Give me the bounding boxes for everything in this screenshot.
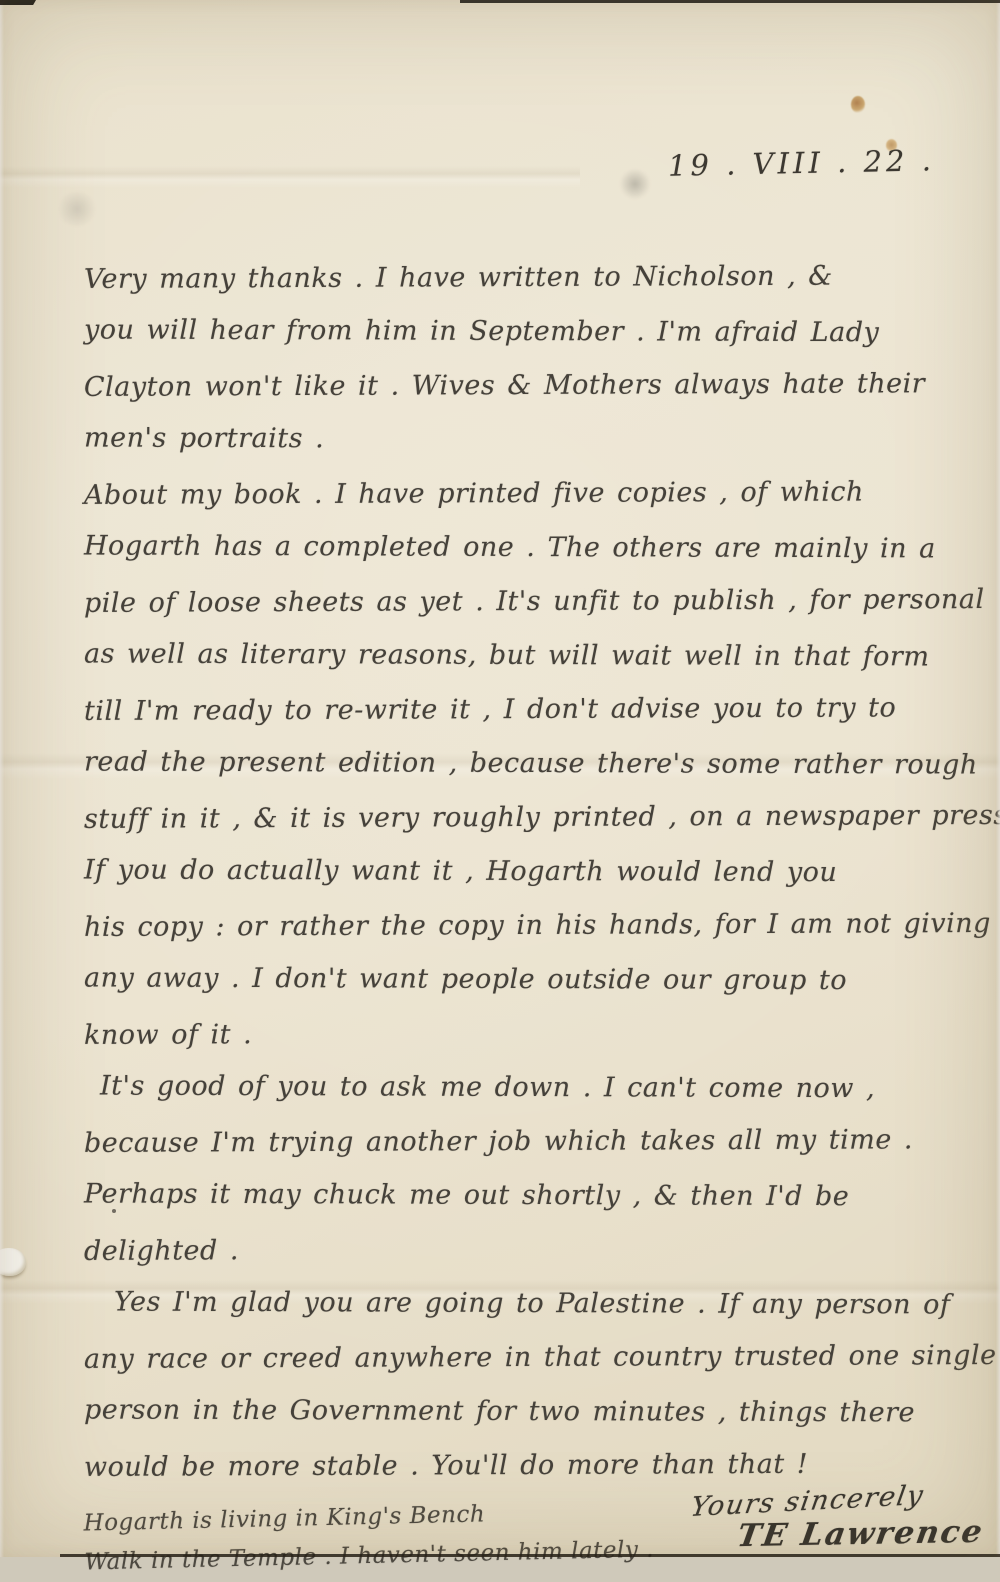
letter-line: Very many thanks . I have written to Nic… — [84, 260, 970, 318]
letter-line: till I'm ready to re-write it , I don't … — [84, 692, 970, 750]
letter-date: 19 . VIII . 22 . — [668, 143, 936, 183]
scan-edge-left — [0, 0, 4, 1557]
letter-line: delighted . — [84, 1232, 970, 1290]
fox-spot-stain — [851, 96, 865, 113]
letter-line: as well as literary reasons, but will wa… — [84, 638, 970, 695]
letter-line: any race or creed anywhere in that count… — [84, 1340, 970, 1398]
letter-line: pile of loose sheets as yet . It's unfit… — [84, 584, 970, 642]
letter-line: Hogarth has a completed one . The others… — [84, 530, 970, 587]
scan-edge-top-corner — [0, 0, 36, 5]
scan-edge-right — [996, 0, 1000, 1557]
letter-line: About my book . I have printed five copi… — [84, 476, 970, 534]
letter-line: his copy : or rather the copy in his han… — [84, 908, 970, 966]
letter-line: read the present edition , because there… — [84, 746, 970, 803]
signature-scrawl: TE Lawrence — [735, 1514, 987, 1554]
letter-line: Yes I'm glad you are going to Palestine … — [84, 1286, 970, 1343]
fold-crease — [0, 166, 580, 188]
letter-line: stuff in it , & it is very roughly print… — [84, 800, 970, 858]
letter-line: Clayton won't like it . Wives & Mothers … — [84, 368, 970, 426]
letter-line: person in the Government for two minutes… — [84, 1394, 970, 1451]
letter-line: because I'm trying another job which tak… — [84, 1124, 970, 1182]
letter-line: you will hear from him in September . I'… — [84, 314, 970, 371]
letter-line: men's portraits . — [84, 422, 970, 479]
letter-line: It's good of you to ask me down . I can'… — [84, 1070, 970, 1127]
paper-smudge — [620, 168, 650, 200]
letter-line: any away . I don't want people outside o… — [84, 962, 970, 1019]
letter-line: If you do actually want it , Hogarth wou… — [84, 854, 970, 911]
paper-smudge — [56, 192, 98, 226]
scan-edge-top — [460, 0, 1000, 3]
letter-page: 19 . VIII . 22 . Very many thanks . I ha… — [0, 0, 1000, 1557]
letter-line: Perhaps it may chuck me out shortly , & … — [84, 1178, 970, 1235]
letter-line: know of it . — [84, 1016, 970, 1074]
letter-body: Very many thanks . I have written to Nic… — [84, 262, 970, 1504]
